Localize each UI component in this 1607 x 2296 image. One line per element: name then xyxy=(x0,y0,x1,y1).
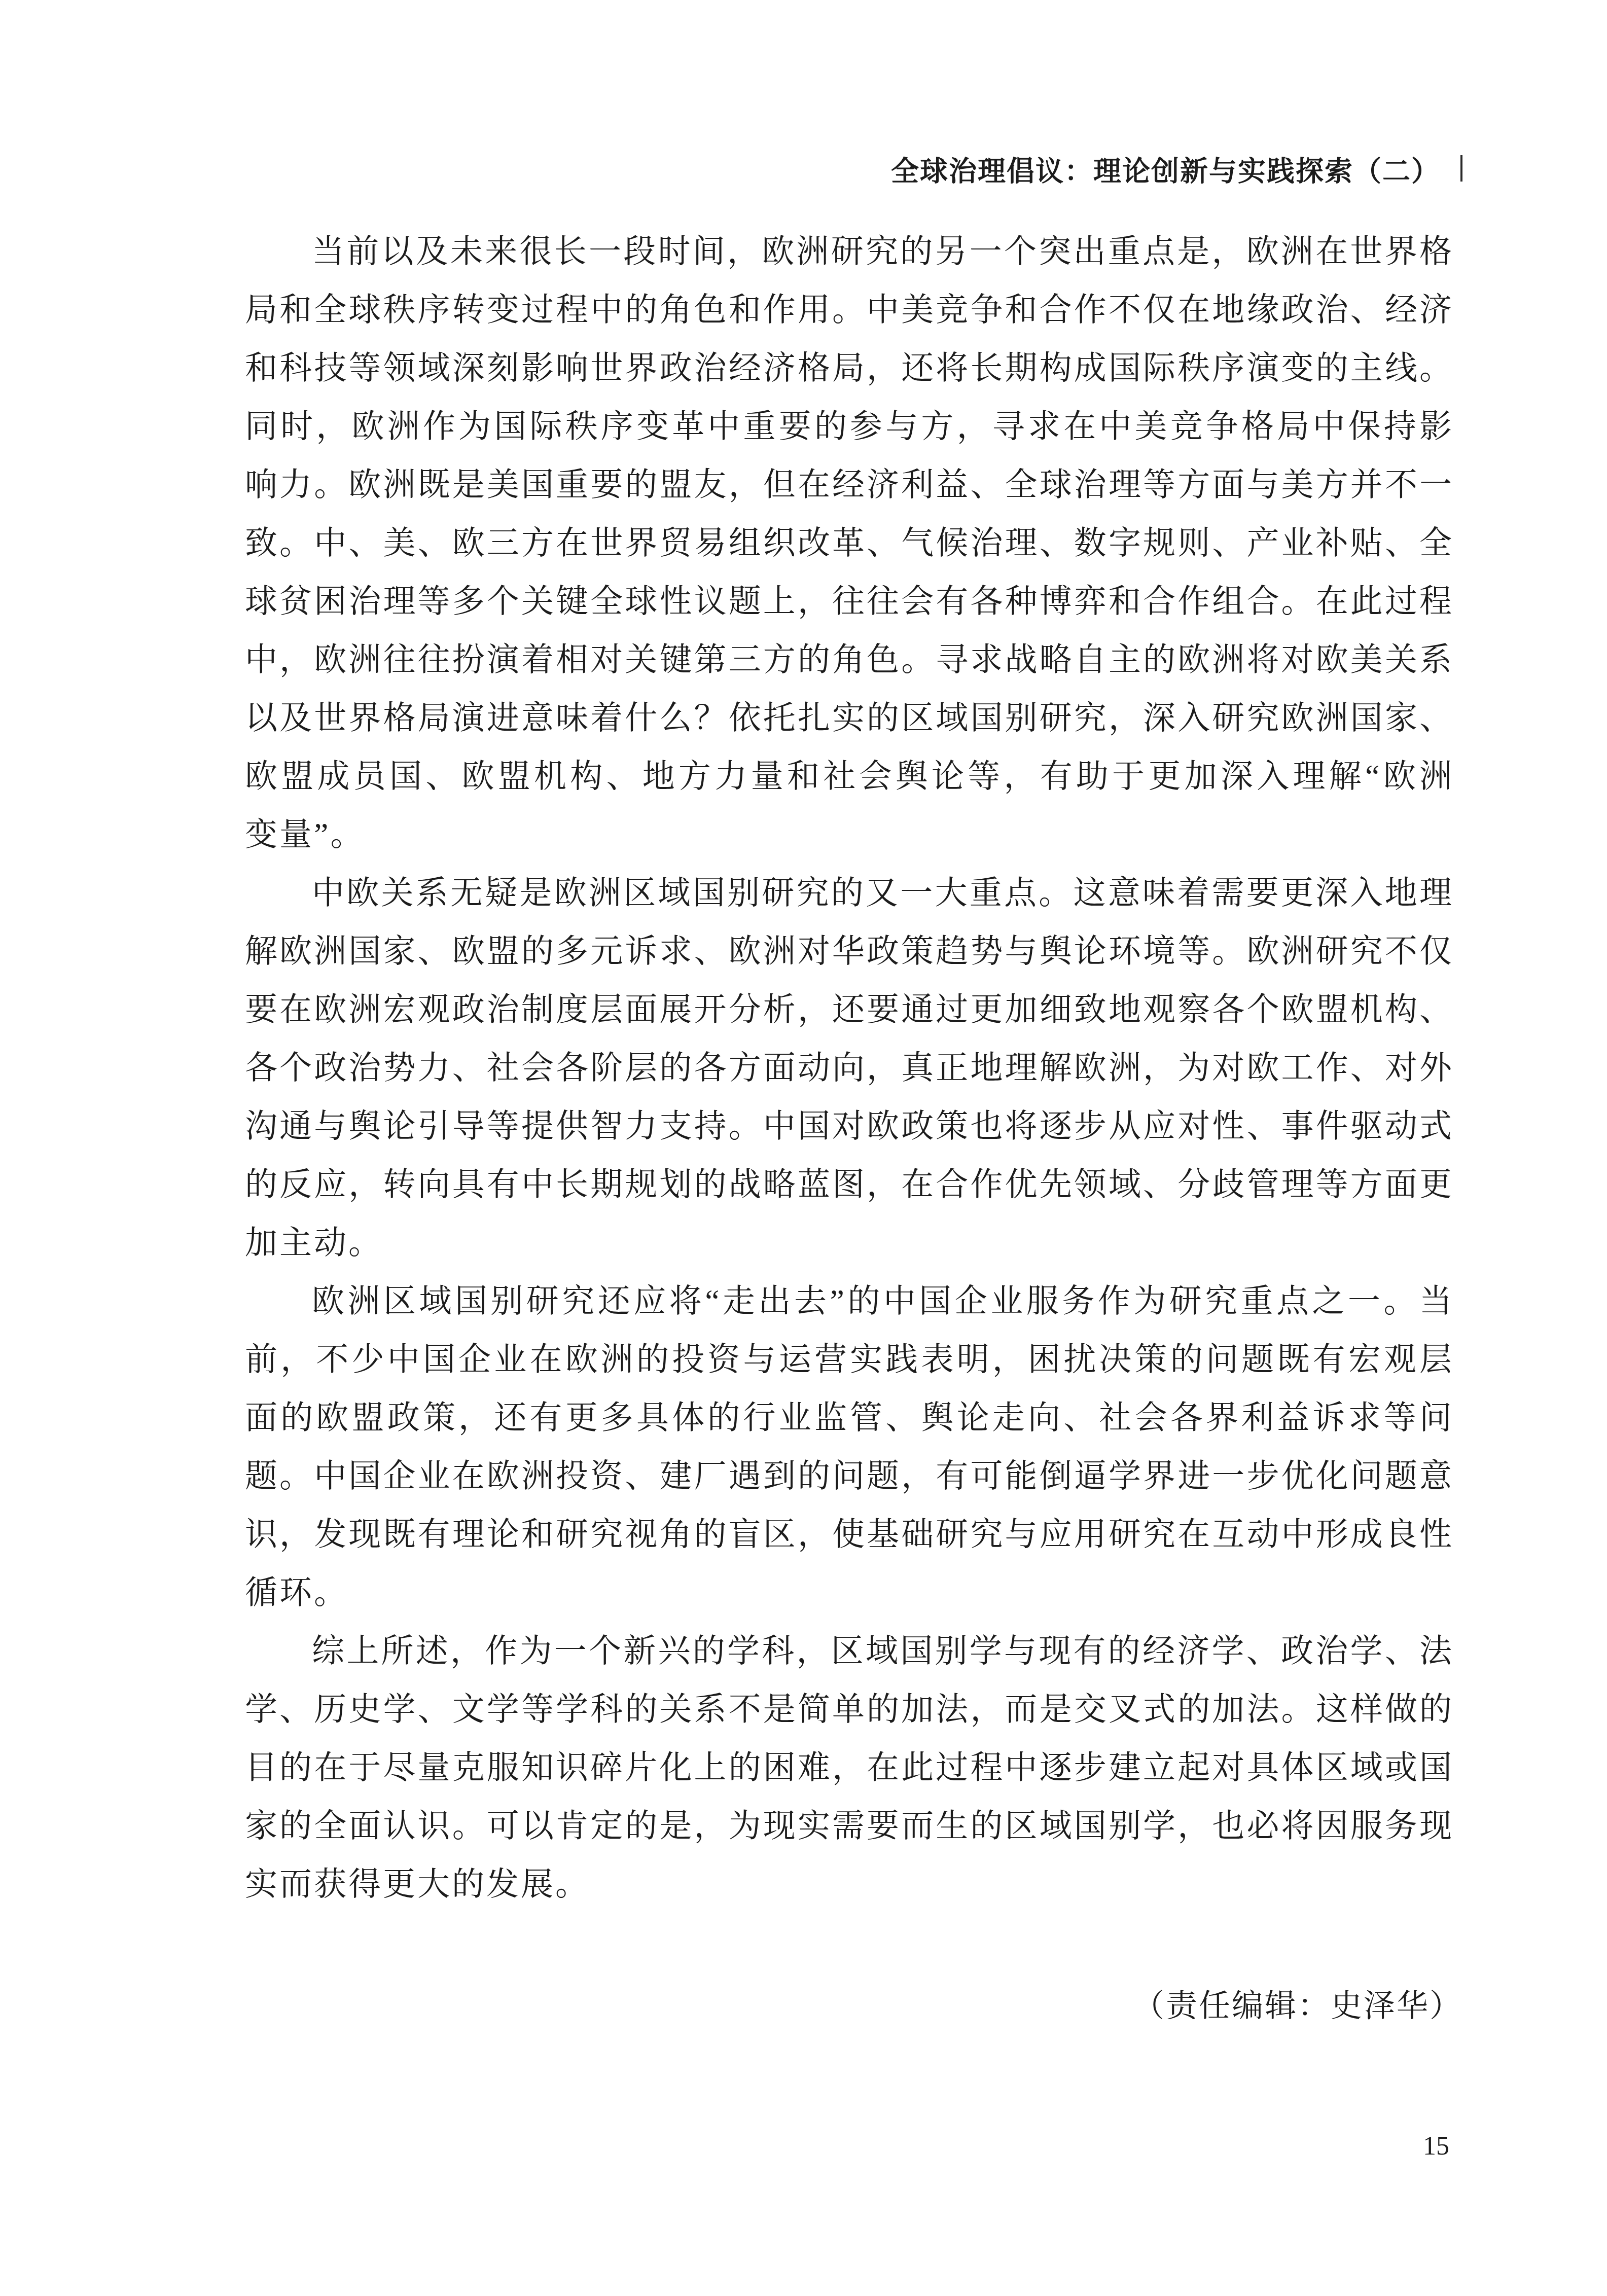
text-line: 实而获得更大的发展。 xyxy=(245,1855,1454,1913)
text-line: 家的全面认识。可以肯定的是，为现实需要而生的区域国别学，也必将因服务现 xyxy=(245,1797,1454,1855)
page-number: 15 xyxy=(1297,2129,1449,2164)
text-line: 的反应，转向具有中长期规划的战略蓝图，在合作优先领域、分歧管理等方面更 xyxy=(245,1155,1454,1213)
text-line: 变量”。 xyxy=(245,805,1454,864)
paragraph-1: 当前以及未来很长一段时间，欧洲研究的另一个突出重点是，欧洲在世界格 局和全球秩序… xyxy=(245,222,1454,864)
text-line: 致。中、美、欧三方在世界贸易组织改革、气候治理、数字规则、产业补贴、全 xyxy=(245,514,1454,572)
text-line: 同时，欧洲作为国际秩序变革中重要的参与方，寻求在中美竞争格局中保持影 xyxy=(245,397,1454,455)
text-line: 球贫困治理等多个关键全球性议题上，往往会有各种博弈和合作组合。在此过程 xyxy=(245,572,1454,630)
paragraph-4: 综上所述，作为一个新兴的学科，区域国别学与现有的经济学、政治学、法 学、历史学、… xyxy=(245,1622,1454,1913)
text-line: 学、历史学、文学等学科的关系不是简单的加法，而是交叉式的加法。这样做的 xyxy=(245,1680,1454,1738)
text-line: 面的欧盟政策，还有更多具体的行业监管、舆论走向、社会各界利益诉求等问 xyxy=(245,1388,1454,1447)
text-line: 中欧关系无疑是欧洲区域国别研究的又一大重点。这意味着需要更深入地理 xyxy=(245,864,1454,922)
main-text-block: 当前以及未来很长一段时间，欧洲研究的另一个突出重点是，欧洲在世界格 局和全球秩序… xyxy=(245,222,1454,1913)
text-line: 欧盟成员国、欧盟机构、地方力量和社会舆论等，有助于更加深入理解“欧洲 xyxy=(245,747,1454,805)
editor-credit: （责任编辑：史泽华） xyxy=(245,1978,1462,2036)
running-head: 全球治理倡议：理论创新与实践探索（二） xyxy=(245,152,1462,185)
text-line: 各个政治势力、社会各阶层的各方面动向，真正地理解欧洲，为对欧工作、对外 xyxy=(245,1038,1454,1097)
text-line: 解欧洲国家、欧盟的多元诉求、欧洲对华政策趋势与舆论环境等。欧洲研究不仅 xyxy=(245,922,1454,980)
text-line: 欧洲区域国别研究还应将“走出去”的中国企业服务作为研究重点之一。当 xyxy=(245,1272,1454,1330)
text-line: 当前以及未来很长一段时间，欧洲研究的另一个突出重点是，欧洲在世界格 xyxy=(245,222,1454,280)
text-line: 目的在于尽量克服知识碎片化上的困难，在此过程中逐步建立起对具体区域或国 xyxy=(245,1738,1454,1797)
text-line: 前，不少中国企业在欧洲的投资与运营实践表明，困扰决策的问题既有宏观层 xyxy=(245,1330,1454,1388)
paragraph-3: 欧洲区域国别研究还应将“走出去”的中国企业服务作为研究重点之一。当 前，不少中国… xyxy=(245,1272,1454,1622)
header-separator-bar xyxy=(1460,155,1462,182)
paragraph-2: 中欧关系无疑是欧洲区域国别研究的又一大重点。这意味着需要更深入地理 解欧洲国家、… xyxy=(245,864,1454,1272)
running-head-title: 全球治理倡议：理论创新与实践探索（二） xyxy=(891,149,1440,189)
text-line: 要在欧洲宏观政治制度层面展开分析，还要通过更加细致地观察各个欧盟机构、 xyxy=(245,980,1454,1038)
text-line: 以及世界格局演进意味着什么？依托扎实的区域国别研究，深入研究欧洲国家、 xyxy=(245,689,1454,747)
text-line: 和科技等领域深刻影响世界政治经济格局，还将长期构成国际秩序演变的主线。 xyxy=(245,339,1454,397)
text-line: 循环。 xyxy=(245,1563,1454,1622)
text-line: 局和全球秩序转变过程中的角色和作用。中美竞争和合作不仅在地缘政治、经济 xyxy=(245,280,1454,339)
text-line: 沟通与舆论引导等提供智力支持。中国对欧政策也将逐步从应对性、事件驱动式 xyxy=(245,1097,1454,1155)
text-line: 识，发现既有理论和研究视角的盲区，使基础研究与应用研究在互动中形成良性 xyxy=(245,1505,1454,1563)
text-line: 综上所述，作为一个新兴的学科，区域国别学与现有的经济学、政治学、法 xyxy=(245,1622,1454,1680)
text-line: 题。中国企业在欧洲投资、建厂遇到的问题，有可能倒逼学界进一步优化问题意 xyxy=(245,1447,1454,1505)
text-line: 加主动。 xyxy=(245,1213,1454,1272)
text-line: 响力。欧洲既是美国重要的盟友，但在经济利益、全球治理等方面与美方并不一 xyxy=(245,455,1454,514)
text-line: 中，欧洲往往扮演着相对关键第三方的角色。寻求战略自主的欧洲将对欧美关系 xyxy=(245,630,1454,689)
book-page: { "document": { "header": { "running_tit… xyxy=(0,0,1607,2296)
